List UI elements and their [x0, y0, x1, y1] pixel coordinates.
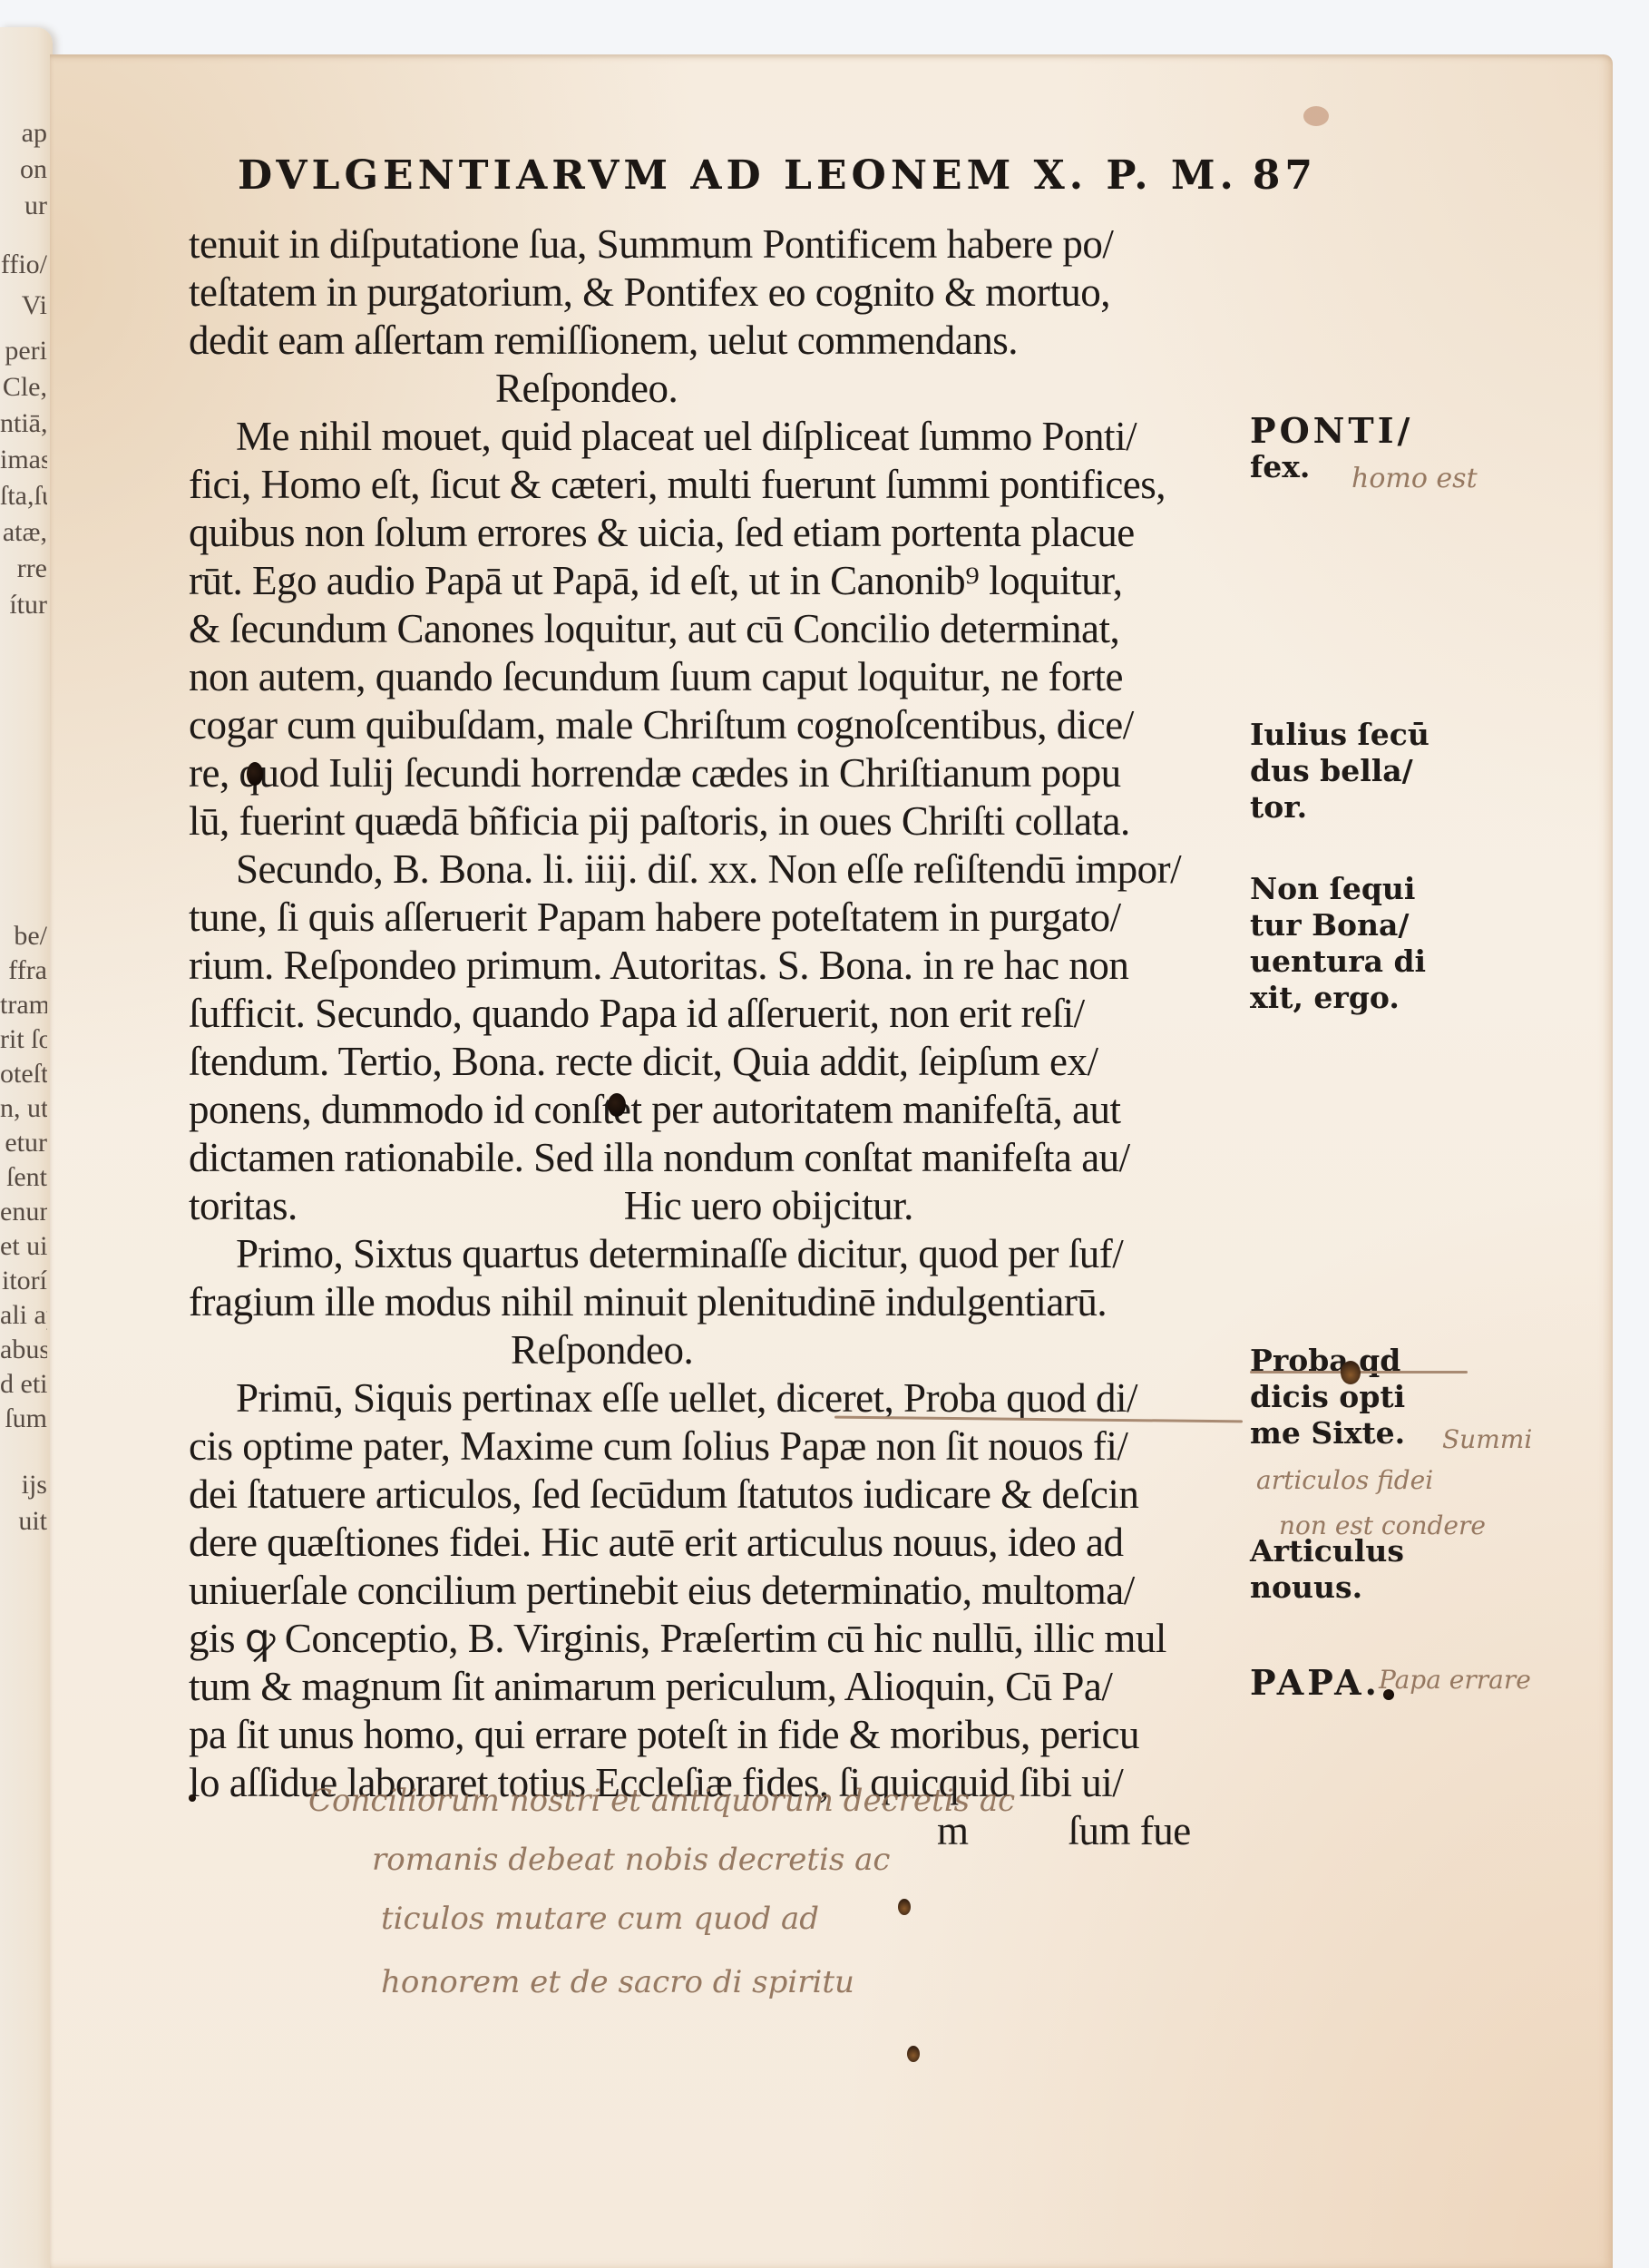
text-line: rūt. Ego audio Papā ut Papā, id eſt, ut … — [189, 557, 1241, 605]
facing-fragment: Cle, — [0, 367, 47, 407]
text-line: ſufficit. Secundo, quando Papa id aſſeru… — [189, 990, 1241, 1038]
marginal-note-line: Non ſequi — [1250, 871, 1440, 907]
text-line: tune, ſi quis aſſeruerit Papam habere po… — [189, 894, 1241, 942]
text-line: tum & magnum ſit animarum periculum, Ali… — [189, 1663, 1241, 1711]
facing-fragment: ítur — [0, 585, 47, 625]
handwritten-note: honorem et de sacro di spiritu — [381, 1964, 854, 2000]
text-line: quibus non ſolum errores & uicia, ſed et… — [189, 509, 1241, 557]
text-line: fici, Homo eſt, ſicut & cæteri, multi fu… — [189, 461, 1241, 509]
marginal-note: Non ſequi tur Bona/ uentura di xit, ergo… — [1250, 871, 1440, 1016]
handwritten-note: Papa errare — [1379, 1665, 1531, 1695]
marginal-note: Iulius ſecū dus bella/ tor. — [1250, 717, 1440, 826]
handwritten-note: Conciliorum nostri et antiquorum decreti… — [308, 1783, 1015, 1819]
catchword: ſum fue — [1068, 1807, 1191, 1855]
facing-fragment: peri — [0, 331, 47, 371]
wormhole — [189, 1794, 196, 1802]
text-line: non autem, quando ſecundum ſuum caput lo… — [189, 653, 1241, 701]
marginal-note-line: Iulius ſecū — [1250, 717, 1440, 753]
wormhole — [608, 1093, 626, 1117]
stain — [1303, 106, 1329, 126]
handwritten-note: homo est — [1351, 463, 1478, 494]
section-heading: Reſpondeo. — [189, 1326, 1241, 1374]
text-line: teſtatem in purgatorium, & Pontifex eo c… — [189, 269, 1241, 317]
marginal-note-line: dicis opti — [1250, 1379, 1440, 1415]
text-line: dictamen rationabile. Sed illa nondum co… — [189, 1134, 1241, 1182]
facing-fragment: uit — [0, 1501, 47, 1541]
handwritten-note: Summi — [1442, 1424, 1532, 1454]
text-line: & ſecundum Canones loquitur, aut cū Conc… — [189, 605, 1241, 653]
wormhole — [1383, 1689, 1394, 1700]
marginal-note-line: uentura di — [1250, 943, 1440, 980]
section-heading: Reſpondeo. — [189, 365, 1241, 413]
facing-fragment: ffio/ — [0, 245, 47, 285]
marginal-note-line: me Sixte. — [1250, 1415, 1440, 1452]
facing-fragment: ijs — [0, 1465, 47, 1505]
text-line: cogar cum quibuſdam, male Chriſtum cogno… — [189, 701, 1241, 749]
marginal-note-line: tor. — [1250, 789, 1440, 826]
handwritten-note: romanis debeat nobis decretis ac — [372, 1842, 890, 1878]
marginal-note-line: PONTI/ — [1250, 413, 1440, 449]
marginal-note-line: nouus. — [1250, 1569, 1440, 1606]
text-line: lū, fuerint quædā bñficia pij paſtoris, … — [189, 797, 1241, 846]
facing-fragment: ſum — [0, 1399, 47, 1439]
text-line: dedit eam aſſertam remiſſionem, uelut co… — [189, 317, 1241, 365]
text-line: dere quæſtiones fidei. Hic autē erit art… — [189, 1519, 1241, 1567]
text-line: Me nihil mouet, quid placeat uel diſplic… — [189, 413, 1241, 461]
text-line: Secundo, B. Bona. li. iiij. diſ. xx. Non… — [189, 846, 1241, 894]
facing-fragment: ntiā, — [0, 404, 47, 444]
running-head-title: DVLGENTIARVM AD LEONEM X. P. M. — [238, 152, 1238, 199]
marginal-note-line: tur Bona/ — [1250, 907, 1440, 943]
text-line: ponens, dummodo id conſtet per autoritat… — [189, 1086, 1241, 1134]
marginal-note-line: dus bella/ — [1250, 753, 1440, 789]
facing-fragment: imas — [0, 440, 47, 480]
handwritten-note: ticulos mutare cum quod ad — [381, 1901, 819, 1937]
text-line: pa ſit unus homo, qui errare poteſt in f… — [189, 1711, 1241, 1759]
wormhole — [247, 762, 263, 786]
text-line: rium. Reſpondeo primum. Autoritas. S. Bo… — [189, 942, 1241, 990]
text-line: gis ꝙ Conceptio, B. Virginis, Præſertim … — [189, 1615, 1241, 1663]
wormhole — [898, 1899, 911, 1915]
text-line: toritas.Hic uero obijcitur. — [189, 1182, 1241, 1230]
text-line: Primo, Sixtus quartus determinaſſe dicit… — [189, 1230, 1241, 1278]
facing-fragment: atæ, — [0, 513, 47, 552]
facing-fragment: Vi — [0, 286, 47, 326]
marginal-note: Proba qd dicis opti me Sixte. — [1250, 1343, 1440, 1452]
marginal-note: Articulus nouus. — [1250, 1533, 1440, 1606]
section-heading: Hic uero obijcitur. — [624, 1182, 913, 1230]
marginal-note-line: xit, ergo. — [1250, 980, 1440, 1016]
text-line: re, quod Iulij ſecundi horrendæ cædes in… — [189, 749, 1241, 797]
page-number: 87 — [1253, 152, 1317, 199]
handwritten-note: non est condere — [1279, 1510, 1486, 1540]
facing-fragment: ur — [0, 186, 47, 226]
facing-fragment: on — [0, 150, 47, 190]
text-line: uniuerſale concilium pertinebit eius det… — [189, 1567, 1241, 1615]
text-line: ſtendum. Tertio, Bona. recte dicit, Quia… — [189, 1038, 1241, 1086]
wormhole — [1341, 1361, 1361, 1384]
facing-fragment: ap — [0, 113, 47, 153]
text-line: Primū, Siquis pertinax eſſe uellet, dice… — [189, 1374, 1241, 1422]
handwritten-note: articulos fidei — [1256, 1465, 1433, 1495]
text-line: fragium ille modus nihil minuit plenitud… — [189, 1278, 1241, 1326]
wormhole — [907, 2046, 920, 2062]
body-text: tenuit in diſputatione ſua, Summum Ponti… — [189, 220, 1241, 1855]
facing-page-edge: ap on ur ffio/ Vi peri Cle, ntiā, imas ſ… — [0, 27, 53, 2268]
facing-fragment: ſta,ſu — [0, 476, 47, 516]
facing-fragment: rre — [0, 549, 47, 589]
text-line: dei ſtatuere articulos, ſed ſecūdum ſtat… — [189, 1471, 1241, 1519]
text-line: cis optime pater, Maxime cum ſolius Papæ… — [189, 1422, 1241, 1471]
running-head: DVLGENTIARVM AD LEONEM X. P. M. 87 — [238, 152, 1317, 199]
text-line: tenuit in diſputatione ſua, Summum Ponti… — [189, 220, 1241, 269]
text-fragment: toritas. — [189, 1182, 298, 1230]
